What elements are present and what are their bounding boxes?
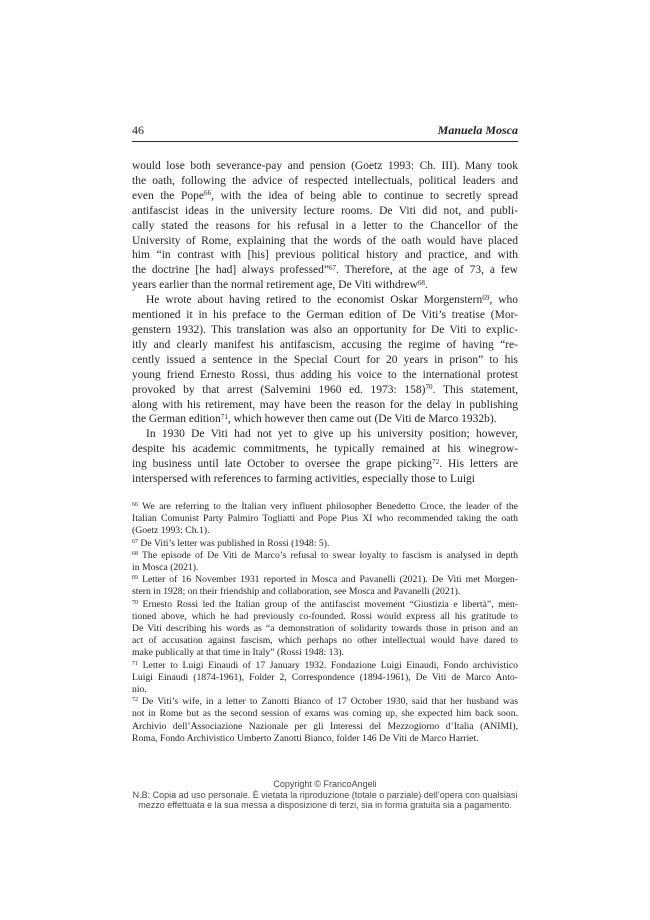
footer-copyright-line: Copyright © FrancoAngeli (0, 779, 650, 790)
footnote-ref: 71 (132, 661, 138, 667)
footnote-ref: 67 (132, 539, 138, 545)
body-text: would lose both severance-pay and pensio… (132, 159, 518, 487)
footer-notice-line: mezzo effettuata e la sua messa a dispos… (0, 800, 650, 811)
body-line: interspersed with references to farming … (132, 472, 518, 487)
footnote-ref: 69 (482, 294, 489, 302)
body-line: the oath, following the advice of respec… (132, 174, 518, 189)
footnote-line: De Viti describing his words as “a demon… (132, 623, 518, 635)
footnote-line: not in Rome but as the second session of… (132, 708, 518, 720)
footnote-ref: 71 (221, 413, 228, 421)
copyright-footer: Copyright © FrancoAngeli N.B: Copia ad u… (0, 779, 650, 811)
book-page: 46 Manuela Mosca would lose both severan… (0, 0, 650, 920)
running-header-author: Manuela Mosca (438, 124, 518, 137)
body-line: him “in contrast with [his] previous pol… (132, 248, 518, 263)
footnote: 70 Ernesto Rossi led the Italian group o… (132, 599, 518, 660)
footnote-line: act of accusation against fascism, which… (132, 635, 518, 647)
footnote-line: Archivio dell’Associazione Nazionale per… (132, 721, 518, 733)
footnote-line: Roma, Fondo Archivistico Umberto Zanotti… (132, 733, 518, 745)
body-line: genstern 1932). This translation was als… (132, 323, 518, 338)
footnote-line: in Mosca (2021). (132, 562, 518, 574)
footnote-line: 66 We are referring to the Italian very … (132, 501, 518, 513)
footnote-ref: 67 (329, 264, 336, 272)
footnote: 71 Letter to Luigi Einaudi of 17 January… (132, 660, 518, 697)
footnote-line: stern in 1928; on their friendship and c… (132, 586, 518, 598)
body-line: provoked by that arrest (Salvemini 1960 … (132, 383, 518, 398)
footnote-ref: 70 (132, 600, 138, 606)
footnote-ref: 72 (132, 697, 138, 703)
body-line: the doctrine [he had] always professed”6… (132, 263, 518, 278)
footnote-line: Luigi Einaudi (1874-1961), Folder 2, Cor… (132, 672, 518, 684)
body-line: even the Pope66, with the idea of being … (132, 189, 518, 204)
body-line: antifascist ideas in the university lect… (132, 204, 518, 219)
footnote-line: 68 The episode of De Viti de Marco’s ref… (132, 550, 518, 562)
footnote-line: make publically at that time in Italy” (… (132, 647, 518, 659)
body-line: University of Rome, explaining that the … (132, 234, 518, 249)
body-line: mentioned it in his preface to the Germa… (132, 308, 518, 323)
body-line: years earlier than the normal retirement… (132, 278, 518, 293)
footnote: 67 De Viti’s letter was published in Ros… (132, 538, 518, 550)
footer-notice-line: N.B: Copia ad uso personale. È vietata l… (0, 790, 650, 801)
paragraph: In 1930 De Viti had not yet to give up h… (132, 427, 518, 487)
body-line: along with his retirement, may have been… (132, 398, 518, 413)
footnote-ref: 66 (132, 502, 138, 508)
paragraph: would lose both severance-pay and pensio… (132, 159, 518, 293)
footnote-ref: 68 (132, 551, 138, 557)
body-line: cently issued a sentence in the Special … (132, 353, 518, 368)
text-block: 46 Manuela Mosca would lose both severan… (132, 0, 518, 745)
footnote: 69 Letter of 16 November 1931 reported i… (132, 574, 518, 598)
footnote-line: Italian Comunist Party Palmiro Togliatti… (132, 513, 518, 525)
footnote-line: 67 De Viti’s letter was published in Ros… (132, 538, 518, 550)
footnote-line: 72 De Viti’s wife, in a letter to Zanott… (132, 696, 518, 708)
footnote-line: 71 Letter to Luigi Einaudi of 17 January… (132, 660, 518, 672)
footnotes-section: 66 We are referring to the Italian very … (132, 501, 518, 745)
paragraph: He wrote about having retired to the eco… (132, 293, 518, 427)
footnote-ref: 70 (425, 383, 432, 391)
body-line: ing business until late October to overs… (132, 457, 518, 472)
footnote: 72 De Viti’s wife, in a letter to Zanott… (132, 696, 518, 745)
footnote-ref: 66 (204, 189, 211, 197)
body-line: despite his academic commitments, he typ… (132, 442, 518, 457)
body-line: He wrote about having retired to the eco… (132, 293, 518, 308)
footnote-line: tioned above, which he had previously co… (132, 611, 518, 623)
body-line: young friend Ernesto Rossi, thus adding … (132, 368, 518, 383)
footnote-ref: 72 (432, 458, 439, 466)
footnote-line: nio. (132, 684, 518, 696)
body-line: itly and clearly manifest his antifascis… (132, 338, 518, 353)
page-number: 46 (132, 124, 144, 137)
footnote-ref: 68 (418, 279, 425, 287)
footnote: 68 The episode of De Viti de Marco’s ref… (132, 550, 518, 574)
footnote-line: (Goetz 1993: Ch.1). (132, 525, 518, 537)
footnote-line: 69 Letter of 16 November 1931 reported i… (132, 574, 518, 586)
running-header: 46 Manuela Mosca (132, 124, 518, 142)
footnote: 66 We are referring to the Italian very … (132, 501, 518, 538)
body-line: In 1930 De Viti had not yet to give up h… (132, 427, 518, 442)
footnote-line: 70 Ernesto Rossi led the Italian group o… (132, 599, 518, 611)
body-line: cally stated the reasons for his refusal… (132, 219, 518, 234)
footnote-ref: 69 (132, 575, 138, 581)
body-line: the German edition71, which however then… (132, 412, 518, 427)
body-line: would lose both severance-pay and pensio… (132, 159, 518, 174)
